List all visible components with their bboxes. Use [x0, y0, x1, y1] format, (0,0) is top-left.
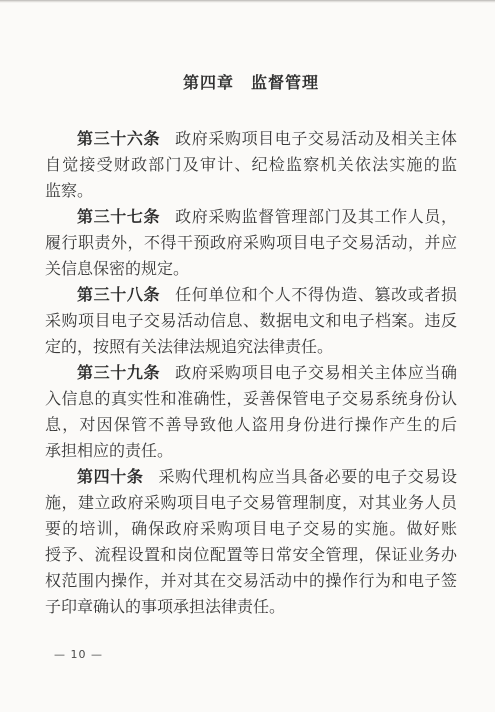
text-line: 要的培训，确保政府采购项目电子交易的实施。做好账号、权限 — [45, 517, 457, 543]
text-line: 自觉接受财政部门及审计、纪检监察机关依法实施的监督、管理、 — [45, 153, 457, 179]
article-number: 第三十八条 — [77, 287, 160, 304]
article-number: 第三十六条 — [77, 131, 160, 148]
text-line: 施，建立政府采购项目电子交易管理制度，对其业务人员进行必 — [45, 491, 457, 517]
article-39: 第三十九条政府采购项目电子交易相关主体应当确保录 入信息的真实性和准确性，妥善保… — [45, 361, 457, 465]
text-line: 授予、流程设置和岗位配置等日常安全管理，保证业务办理在授 — [45, 543, 457, 569]
text-line: 第三十九条政府采购项目电子交易相关主体应当确保录 — [45, 361, 457, 387]
chapter-heading: 第四章 监督管理 — [45, 70, 457, 93]
text-line: 入信息的真实性和准确性，妥善保管电子交易系统身份认证信 — [45, 387, 457, 413]
article-number: 第四十条 — [77, 469, 143, 486]
article-38: 第三十八条任何单位和个人不得伪造、篡改或者损毁政府 采购项目电子交易活动信息、数… — [45, 283, 457, 361]
document-page: 第四章 监督管理 第三十六条政府采购项目电子交易活动及相关主体应当 自觉接受财政… — [0, 0, 495, 712]
article-number: 第三十七条 — [77, 209, 160, 226]
text-line: 关信息保密的规定。 — [45, 257, 457, 283]
article-36: 第三十六条政府采购项目电子交易活动及相关主体应当 自觉接受财政部门及审计、纪检监… — [45, 127, 457, 205]
text-line: 履行职责外，不得干预政府采购项目电子交易活动，并应遵守有 — [45, 231, 457, 257]
text-line: 承担相应的责任。 — [45, 439, 457, 465]
text-line: 第三十八条任何单位和个人不得伪造、篡改或者损毁政府 — [45, 283, 457, 309]
text-line: 第四十条采购代理机构应当具备必要的电子交易设备设 — [45, 465, 457, 491]
text-line: 息，对因保管不善导致他人盗用身份进行操作产生的后果，依法 — [45, 413, 457, 439]
text-line: 第三十六条政府采购项目电子交易活动及相关主体应当 — [45, 127, 457, 153]
document-body: 第三十六条政府采购项目电子交易活动及相关主体应当 自觉接受财政部门及审计、纪检监… — [45, 127, 457, 621]
text-line: 第三十七条政府采购监督管理部门及其工作人员，除依法 — [45, 205, 457, 231]
page-number: — 10 — — [54, 648, 103, 661]
text-line: 定的，按照有关法律法规追究法律责任。 — [45, 335, 457, 361]
article-number: 第三十九条 — [77, 365, 160, 382]
text-line: 监察。 — [45, 179, 457, 205]
text-line: 子印章确认的事项承担法律责任。 — [45, 595, 457, 621]
text-line: 采购项目电子交易活动信息、数据电文和电子档案。违反前款规 — [45, 309, 457, 335]
article-40: 第四十条采购代理机构应当具备必要的电子交易设备设 施，建立政府采购项目电子交易管… — [45, 465, 457, 621]
text-line: 权范围内操作，并对其在交易活动中的操作行为和电子签名、电 — [45, 569, 457, 595]
article-37: 第三十七条政府采购监督管理部门及其工作人员，除依法 履行职责外，不得干预政府采购… — [45, 205, 457, 283]
